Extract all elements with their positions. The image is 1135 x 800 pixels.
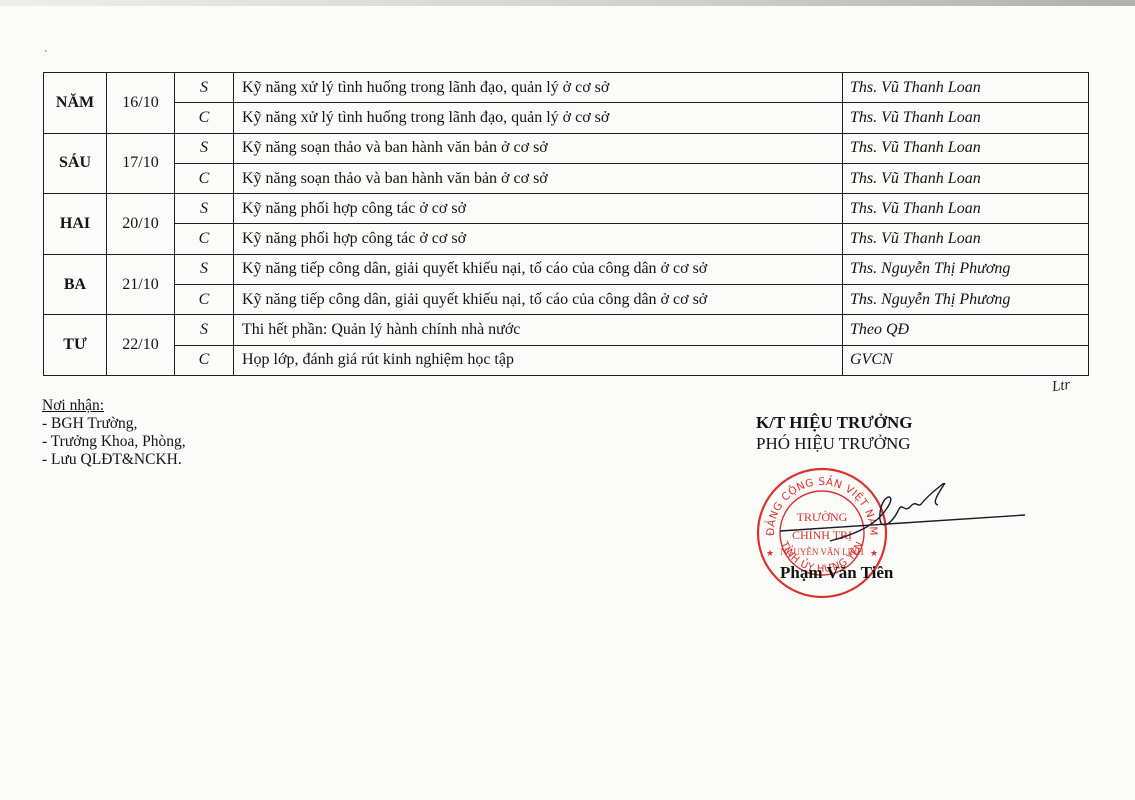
svg-text:★: ★ bbox=[870, 549, 878, 559]
teacher-cell: GVCN bbox=[843, 345, 1089, 375]
session-cell: C bbox=[175, 163, 234, 193]
subject-cell: Kỹ năng xử lý tình huống trong lãnh đạo,… bbox=[234, 73, 843, 103]
recipient-item: - Lưu QLĐT&NCKH. bbox=[42, 451, 186, 469]
teacher-cell: Theo QĐ bbox=[843, 315, 1089, 345]
recipients-title: Nơi nhận: bbox=[42, 397, 186, 415]
teacher-cell: Ths. Vũ Thanh Loan bbox=[843, 224, 1089, 254]
signature-title-primary: K/T HIỆU TRƯỞNG bbox=[756, 413, 970, 433]
session-cell: C bbox=[175, 103, 234, 133]
table-row: CHọp lớp, đánh giá rút kinh nghiệm học t… bbox=[44, 345, 1089, 375]
session-cell: S bbox=[175, 73, 234, 103]
svg-text:NGUYỄN VĂN LINH: NGUYỄN VĂN LINH bbox=[780, 546, 864, 557]
day-cell: HAI bbox=[44, 194, 107, 255]
subject-cell: Kỹ năng phối hợp công tác ở cơ sở bbox=[234, 224, 843, 254]
table-row: TƯ22/10SThi hết phần: Quản lý hành chính… bbox=[44, 315, 1089, 345]
date-cell: 22/10 bbox=[107, 315, 175, 376]
table-row: NĂM16/10SKỹ năng xử lý tình huống trong … bbox=[44, 73, 1089, 103]
table-row: CKỹ năng soạn thảo và ban hành văn bản ở… bbox=[44, 163, 1089, 193]
session-cell: S bbox=[175, 254, 234, 284]
table-row: SÁU17/10SKỹ năng soạn thảo và ban hành v… bbox=[44, 133, 1089, 163]
signature-title-secondary: PHÓ HIỆU TRƯỞNG bbox=[756, 434, 970, 454]
table-row: CKỹ năng tiếp công dân, giải quyết khiếu… bbox=[44, 285, 1089, 315]
subject-cell: Kỹ năng soạn thảo và ban hành văn bản ở … bbox=[234, 163, 843, 193]
recipient-item: - Trưởng Khoa, Phòng, bbox=[42, 433, 186, 451]
recipients-block: Nơi nhận: - BGH Trường, - Trưởng Khoa, P… bbox=[42, 397, 186, 469]
date-cell: 21/10 bbox=[107, 254, 175, 315]
session-cell: C bbox=[175, 285, 234, 315]
subject-cell: Kỹ năng tiếp công dân, giải quyết khiếu … bbox=[234, 285, 843, 315]
teacher-cell: Ths. Vũ Thanh Loan bbox=[843, 103, 1089, 133]
table-row: CKỹ năng phối hợp công tác ở cơ sởThs. V… bbox=[44, 224, 1089, 254]
teacher-cell: Ths. Nguyễn Thị Phương bbox=[843, 285, 1089, 315]
svg-text:★: ★ bbox=[766, 549, 774, 559]
date-cell: 16/10 bbox=[107, 73, 175, 134]
subject-cell: Kỹ năng soạn thảo và ban hành văn bản ở … bbox=[234, 133, 843, 163]
recipient-item: - BGH Trường, bbox=[42, 415, 186, 433]
session-cell: S bbox=[175, 133, 234, 163]
signer-name: Phạm Văn Tiên bbox=[780, 563, 893, 583]
date-cell: 17/10 bbox=[107, 133, 175, 194]
teacher-cell: Ths. Nguyễn Thị Phương bbox=[843, 254, 1089, 284]
page-mark: ` bbox=[44, 49, 48, 61]
teacher-cell: Ths. Vũ Thanh Loan bbox=[843, 73, 1089, 103]
day-cell: NĂM bbox=[44, 73, 107, 134]
table-row: HAI20/10SKỹ năng phối hợp công tác ở cơ … bbox=[44, 194, 1089, 224]
day-cell: TƯ bbox=[44, 315, 107, 376]
table-row: BA21/10SKỹ năng tiếp công dân, giải quyế… bbox=[44, 254, 1089, 284]
subject-cell: Kỹ năng tiếp công dân, giải quyết khiếu … bbox=[234, 254, 843, 284]
table-row: CKỹ năng xử lý tình huống trong lãnh đạo… bbox=[44, 103, 1089, 133]
session-cell: C bbox=[175, 224, 234, 254]
handwritten-signature-icon bbox=[770, 483, 1030, 543]
session-cell: C bbox=[175, 345, 234, 375]
subject-cell: Thi hết phần: Quản lý hành chính nhà nướ… bbox=[234, 315, 843, 345]
scan-edge-shadow bbox=[0, 0, 1135, 6]
session-cell: S bbox=[175, 315, 234, 345]
subject-cell: Kỹ năng phối hợp công tác ở cơ sở bbox=[234, 194, 843, 224]
day-cell: SÁU bbox=[44, 133, 107, 194]
teacher-cell: Ths. Vũ Thanh Loan bbox=[843, 133, 1089, 163]
handwritten-initials: Ltr bbox=[1051, 377, 1072, 396]
signature-block: K/T HIỆU TRƯỞNG PHÓ HIỆU TRƯỞNG ĐẢNG CỘN… bbox=[740, 413, 970, 454]
session-cell: S bbox=[175, 194, 234, 224]
date-cell: 20/10 bbox=[107, 194, 175, 255]
day-cell: BA bbox=[44, 254, 107, 315]
schedule-table: NĂM16/10SKỹ năng xử lý tình huống trong … bbox=[43, 72, 1089, 376]
subject-cell: Họp lớp, đánh giá rút kinh nghiệm học tậ… bbox=[234, 345, 843, 375]
subject-cell: Kỹ năng xử lý tình huống trong lãnh đạo,… bbox=[234, 103, 843, 133]
teacher-cell: Ths. Vũ Thanh Loan bbox=[843, 194, 1089, 224]
teacher-cell: Ths. Vũ Thanh Loan bbox=[843, 163, 1089, 193]
